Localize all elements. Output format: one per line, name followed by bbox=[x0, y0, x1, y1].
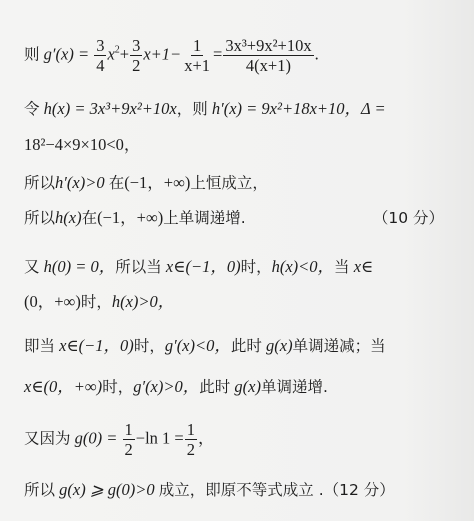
text-line: 所以h′(x)>0 在(−1，+∞)上恒成立， bbox=[24, 173, 268, 193]
score-label: （10 分） bbox=[373, 208, 444, 228]
text-line: 所以 g(x) ⩾ g(0)>0 成立，即原不等式成立 .（12 分） bbox=[24, 480, 474, 500]
text-line: 又 h(0) = 0，所以当 x∈(−1，0)时，h(x)<0，当 x∈ bbox=[24, 257, 373, 277]
equation-g-prime: 则 g′(x) = 34x2+32x+1−1x+1=3x³+9x²+10x4(x… bbox=[24, 36, 319, 75]
fraction: 12 bbox=[123, 420, 135, 459]
text-line: 所以h(x)在(−1，+∞)上单调递增. （10 分） bbox=[24, 208, 474, 228]
score-label: （12 分） bbox=[324, 481, 395, 499]
text-line: 即当 x∈(−1，0)时，g′(x)<0，此时 g(x)单调递减；当 bbox=[24, 336, 386, 356]
text-line: (0，+∞)时，h(x)>0， bbox=[24, 292, 174, 312]
fraction: 12 bbox=[185, 420, 197, 459]
text-line: 18²−4×9×10<0， bbox=[24, 135, 140, 155]
math: g′(x) = bbox=[44, 44, 89, 63]
text-line: 令 h(x) = 3x³+9x²+10x，则 h′(x) = 9x²+18x+1… bbox=[24, 99, 386, 119]
fraction: 32 bbox=[130, 36, 142, 75]
text-line: x∈(0，+∞)时，g′(x)>0，此时 g(x)单调递增. bbox=[24, 377, 328, 397]
fraction: 34 bbox=[94, 36, 106, 75]
fraction: 3x³+9x²+10x4(x+1) bbox=[223, 36, 313, 75]
fraction: 1x+1 bbox=[182, 36, 212, 75]
document-page: 则 g′(x) = 34x2+32x+1−1x+1=3x³+9x²+10x4(x… bbox=[0, 0, 474, 521]
text: 则 bbox=[24, 45, 40, 63]
equation-g0: 又因为 g(0) = 12−ln 1 =12， bbox=[24, 420, 214, 459]
